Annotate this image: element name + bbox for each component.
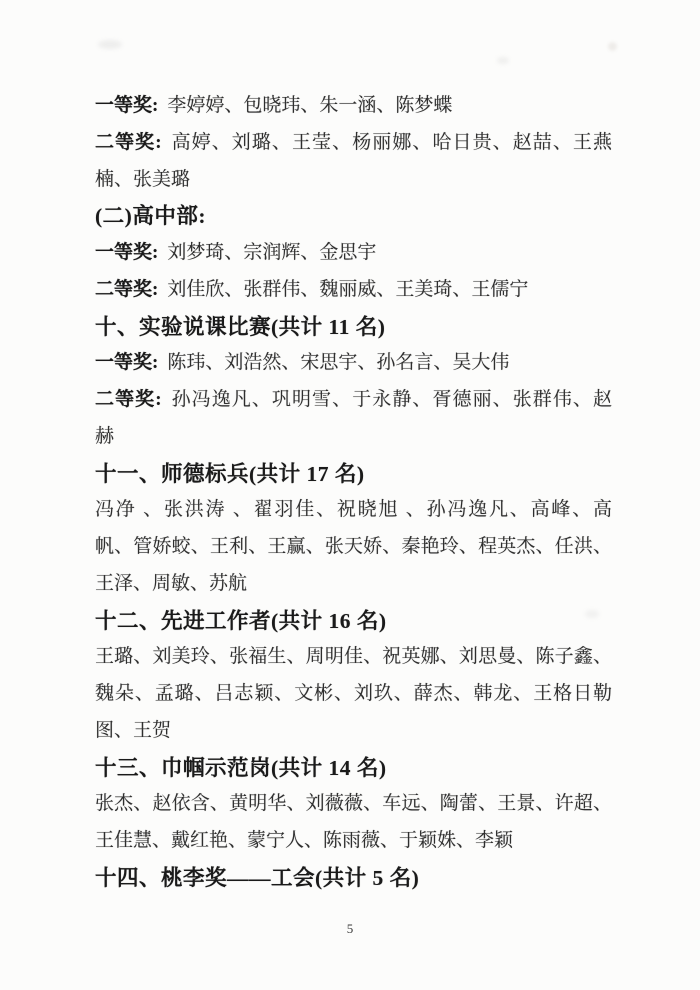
section-heading-line: 十、实验说课比赛(共计 11 名) <box>95 309 612 346</box>
section-heading-line: 十四、桃李奖——工会(共计 5 名) <box>95 860 612 897</box>
award-tier-label: 一等奖: <box>95 95 158 116</box>
award-tier-label: 二等奖: <box>95 389 162 410</box>
name-list-line: 二等奖:刘佳欣、张群伟、魏丽威、王美琦、王儒宁 <box>95 272 612 309</box>
line-text: 王璐、刘美玲、张福生、周明佳、祝英娜、刘思曼、陈子鑫、 <box>95 646 612 667</box>
line-text: 高婷、刘璐、王莹、杨丽娜、哈日贵、赵喆、王燕 <box>171 132 612 153</box>
line-text: 赫 <box>95 426 114 447</box>
line-text: 李婷婷、包晓玮、朱一涵、陈梦蝶 <box>167 95 452 116</box>
name-list-line: 一等奖:刘梦琦、宗润辉、金思宇 <box>95 235 612 272</box>
name-list-line: 一等奖:李婷婷、包晓玮、朱一涵、陈梦蝶 <box>95 88 612 125</box>
line-text: 魏朵、孟璐、吕志颖、文彬、刘玖、薛杰、韩龙、王格日勒 <box>95 683 612 704</box>
line-text: 张杰、赵依含、黄明华、刘薇薇、车远、陶蕾、王景、许超、 <box>95 793 612 814</box>
line-text: 十一、师德标兵(共计 17 名) <box>95 462 365 486</box>
document-body: 一等奖:李婷婷、包晓玮、朱一涵、陈梦蝶二等奖:高婷、刘璐、王莹、杨丽娜、哈日贵、… <box>95 88 612 897</box>
line-text: 陈玮、刘浩然、宋思宇、孙名言、吴大伟 <box>167 352 509 373</box>
line-text: 楠、张美璐 <box>95 169 190 190</box>
award-tier-label: 二等奖: <box>95 132 162 153</box>
name-list-line: 图、王贺 <box>95 713 612 750</box>
line-text: 王佳慧、戴红艳、蒙宁人、陈雨薇、于颖姝、李颖 <box>95 830 513 851</box>
scan-artifact <box>98 40 122 49</box>
section-heading-line: 十二、先进工作者(共计 16 名) <box>95 603 612 640</box>
name-list-line: 冯净 、张洪涛 、翟羽佳、祝晓旭 、孙冯逸凡、高峰、高 <box>95 492 612 529</box>
line-text: 王泽、周敏、苏航 <box>95 573 247 594</box>
name-list-line: 王泽、周敏、苏航 <box>95 566 612 603</box>
name-list-line: 赫 <box>95 419 612 456</box>
scan-artifact <box>608 42 617 51</box>
name-list-line: 楠、张美璐 <box>95 162 612 199</box>
name-list-line: 张杰、赵依含、黄明华、刘薇薇、车远、陶蕾、王景、许超、 <box>95 786 612 823</box>
name-list-line: 帆、管娇蛟、王利、王赢、张天娇、秦艳玲、程英杰、任洪、 <box>95 529 612 566</box>
line-text: 冯净 、张洪涛 、翟羽佳、祝晓旭 、孙冯逸凡、高峰、高 <box>95 499 612 520</box>
line-text: 图、王贺 <box>95 720 171 741</box>
name-list-line: 二等奖:高婷、刘璐、王莹、杨丽娜、哈日贵、赵喆、王燕 <box>95 125 612 162</box>
name-list-line: 魏朵、孟璐、吕志颖、文彬、刘玖、薛杰、韩龙、王格日勒 <box>95 676 612 713</box>
section-heading-line: 十一、师德标兵(共计 17 名) <box>95 456 612 493</box>
line-text: 十、实验说课比赛(共计 11 名) <box>95 315 385 339</box>
line-text: 十四、桃李奖——工会(共计 5 名) <box>95 866 419 890</box>
document-page: 一等奖:李婷婷、包晓玮、朱一涵、陈梦蝶二等奖:高婷、刘璐、王莹、杨丽娜、哈日贵、… <box>0 0 700 990</box>
line-text: (二)高中部: <box>95 204 206 228</box>
name-list-line: 二等奖:孙冯逸凡、巩明雪、于永静、胥德丽、张群伟、赵 <box>95 382 612 419</box>
section-heading-line: 十三、巾帼示范岗(共计 14 名) <box>95 750 612 787</box>
section-heading-line: (二)高中部: <box>95 198 612 235</box>
line-text: 十三、巾帼示范岗(共计 14 名) <box>95 756 387 780</box>
award-tier-label: 一等奖: <box>95 352 158 373</box>
line-text: 刘梦琦、宗润辉、金思宇 <box>167 242 376 263</box>
scan-artifact <box>497 57 509 64</box>
line-text: 刘佳欣、张群伟、魏丽威、王美琦、王儒宁 <box>167 279 528 300</box>
name-list-line: 一等奖:陈玮、刘浩然、宋思宇、孙名言、吴大伟 <box>95 345 612 382</box>
page-number: 5 <box>0 921 700 937</box>
award-tier-label: 二等奖: <box>95 279 158 300</box>
line-text: 帆、管娇蛟、王利、王赢、张天娇、秦艳玲、程英杰、任洪、 <box>95 536 612 557</box>
award-tier-label: 一等奖: <box>95 242 158 263</box>
name-list-line: 王佳慧、戴红艳、蒙宁人、陈雨薇、于颖姝、李颖 <box>95 823 612 860</box>
line-text: 孙冯逸凡、巩明雪、于永静、胥德丽、张群伟、赵 <box>171 389 612 410</box>
name-list-line: 王璐、刘美玲、张福生、周明佳、祝英娜、刘思曼、陈子鑫、 <box>95 639 612 676</box>
line-text: 十二、先进工作者(共计 16 名) <box>95 609 387 633</box>
